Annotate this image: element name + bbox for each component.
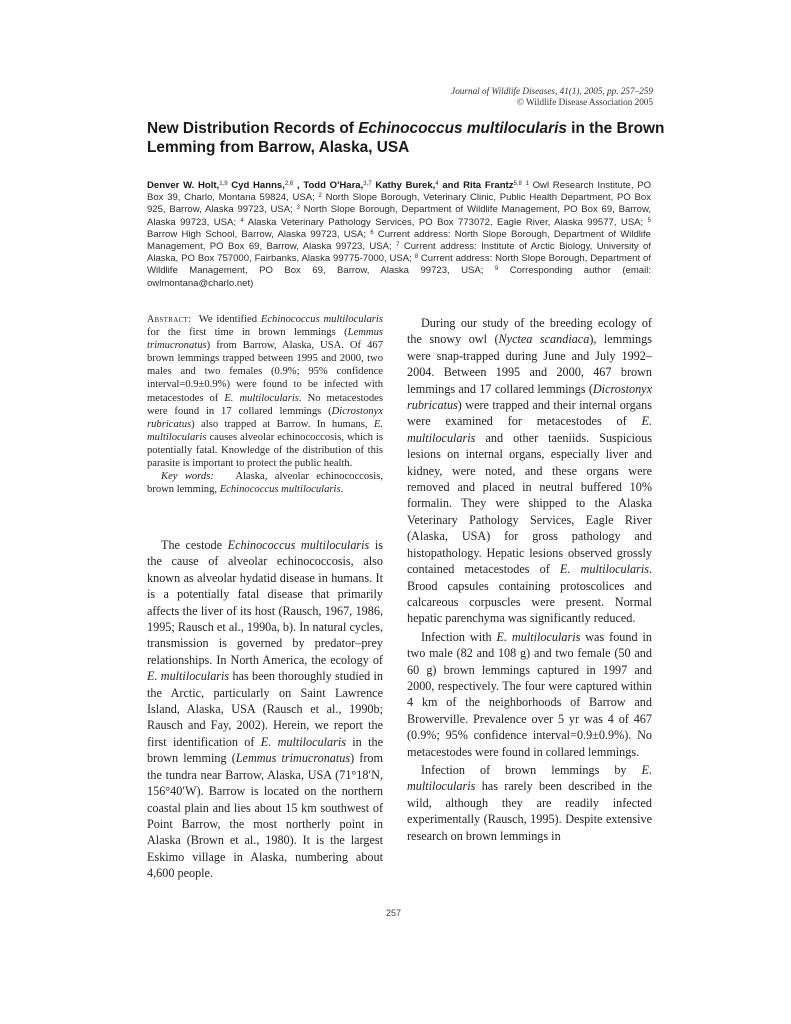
italic-term: E. multilocularis [497,630,581,644]
affiliation-marker: 5 [648,218,651,224]
text-run: is the cause of alveolar echinococcosis,… [147,538,383,667]
keywords-label: Key words: [161,471,214,482]
italic-term: E. multilocularis [261,735,346,749]
journal-citation: Journal of Wildlife Diseases, 41(1), 200… [451,86,653,97]
running-head: Journal of Wildlife Diseases, 41(1), 200… [451,86,653,108]
title-text: New Distribution Records of [147,120,358,137]
abstract-text: Abstract: We identified Echinococcus mul… [147,313,383,470]
body-paragraph: During our study of the breeding ecology… [407,315,652,627]
text-run: Infection with [421,630,497,644]
body-paragraph: Infection with E. multilocularis was fou… [407,629,652,760]
author-name: , Todd O'Hara, [297,180,363,191]
text-run: Infection of brown lemmings by [421,763,642,777]
author-name: Kathy Burek, [375,180,435,191]
author-name: Cyd Hanns, [231,180,285,191]
body-column-left: The cestode Echinococcus multilocularis … [147,537,383,882]
text-run: ) also trapped at Barrow. In humans, [191,419,374,430]
body-paragraph: The cestode Echinococcus multilocularis … [147,537,383,882]
italic-term: Echinococcus multilocularis [261,314,383,325]
italic-term: Echinococcus multilocularis [220,484,341,495]
abstract-label: Abstract: [147,314,191,325]
abstract: Abstract: We identified Echinococcus mul… [147,313,383,496]
copyright-line: © Wildlife Disease Association 2005 [451,97,653,108]
author-affiliation-marker: 4 [435,181,438,187]
italic-term: Echinococcus multilocularis [228,538,370,552]
italic-term: Lemmus trimucronatus [236,751,350,765]
author-affiliation-marker: 5,8 [513,181,521,187]
text-run: ) from the tundra near Barrow, Alaska, U… [147,751,383,880]
author-affiliation-marker: 1,9 [219,181,227,187]
page-number: 257 [386,908,401,918]
author-affiliation-marker: 2,6 [285,181,293,187]
italic-term: E. multilocularis [224,393,299,404]
article-title: New Distribution Records of Echinococcus… [147,119,667,157]
author-affiliation-marker: 3,7 [363,181,371,187]
body-paragraph: Infection of brown lemmings by E. multil… [407,762,652,844]
title-species-name: Echinococcus multilocularis [358,120,567,137]
affiliation-text: Alaska Veterinary Pathology Services, PO… [244,217,648,228]
author-name: Denver W. Holt, [147,180,219,191]
text-run: The cestode [161,538,228,552]
text-run: for the first time in brown lemmings ( [147,327,348,338]
text-run: We identified [199,314,261,325]
italic-term: E. multilocularis [560,562,649,576]
italic-term: Nyctea scandiaca [499,332,590,346]
text-run: was found in two male (82 and 108 g) and… [407,630,652,759]
keywords: Key words: Alaska, alveolar echinococcos… [147,470,383,496]
body-column-right: During our study of the breeding ecology… [407,315,652,844]
text-run: and other taeniids. Suspicious lesions o… [407,431,652,576]
affiliation-text: Barrow High School, Barrow, Alaska 99723… [147,229,370,240]
authors-affiliations: Denver W. Holt,1,9 Cyd Hanns,2,6 , Todd … [147,180,651,290]
journal-page: Journal of Wildlife Diseases, 41(1), 200… [0,0,791,1024]
text-run: . [341,484,344,495]
author-name: and Rita Frantz [442,180,513,191]
italic-term: E. multilocularis [147,669,229,683]
